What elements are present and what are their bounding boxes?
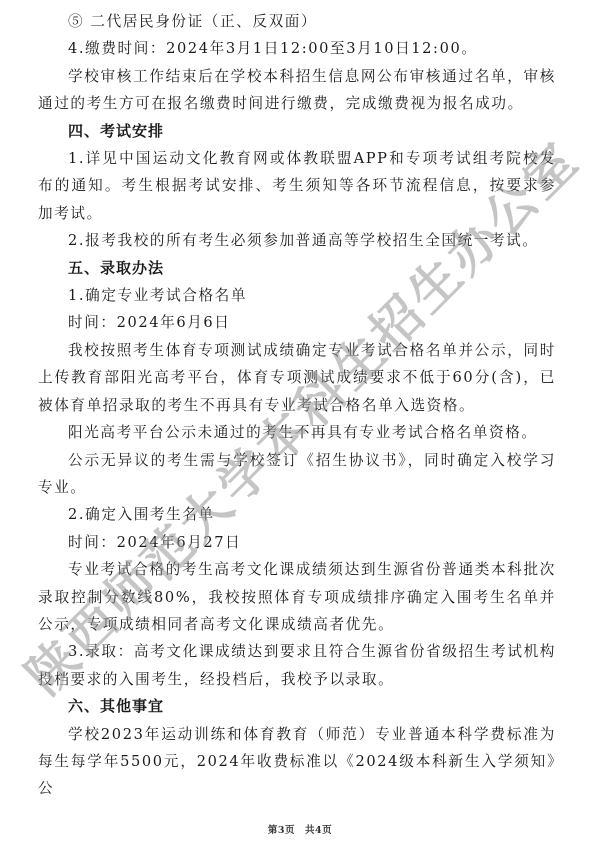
page-number-current: 第3页: [268, 825, 295, 836]
section-heading-admission-method: 五、录取办法: [38, 255, 556, 282]
paragraph-qualified-list-title: 1.确定专业考试合格名单: [38, 282, 556, 309]
document-page: ⑤ 二代居民身份证（正、反双面） 4.缴费时间：2024年3月1日12:00至3…: [0, 0, 600, 858]
paragraph-shortlist-rules: 专业考试合格的考生高考文化课成绩须达到生源省份普通类本科批次录取控制分数线80%…: [38, 556, 556, 638]
paragraph-admission: 3.录取：高考文化课成绩达到要求且符合生源省份省级招生考试机构投档要求的入围考生…: [38, 638, 556, 693]
paragraph-exam-notice: 1.详见中国运动文化教育网或体教联盟APP和专项考试组考院校发布的通知。考生根据…: [38, 145, 556, 227]
paragraph-payment-time: 4.缴费时间：2024年3月1日12:00至3月10日12:00。: [38, 35, 556, 62]
page-footer: 第3页共4页: [0, 822, 600, 836]
paragraph-national-exam: 2.报考我校的所有考生必须参加普通高等学校招生全国统一考试。: [38, 227, 556, 254]
section-heading-other-matters: 六、其他事宜: [38, 693, 556, 720]
paragraph-id-card: ⑤ 二代居民身份证（正、反双面）: [38, 8, 556, 35]
paragraph-shortlist-title: 2.确定入围考生名单: [38, 501, 556, 528]
paragraph-agreement: 公示无异议的考生需与学校签订《招生协议书》，同时确定入校学习专业。: [38, 447, 556, 502]
paragraph-qualified-list-date: 时间：2024年6月6日: [38, 309, 556, 336]
paragraph-review-notice: 学校审核工作结束后在学校本科招生信息网公布审核通过名单，审核通过的考生方可在报名…: [38, 63, 556, 118]
section-heading-exam-arrangement: 四、考试安排: [38, 118, 556, 145]
paragraph-tuition: 学校2023年运动训练和体育教育（师范）专业普通本科学费标准为每生每学年5500…: [38, 721, 556, 803]
paragraph-qualified-list-rules: 我校按照考生体育专项测试成绩确定专业考试合格名单并公示，同时上传教育部阳光高考平…: [38, 337, 556, 419]
paragraph-sunshine-platform: 阳光高考平台公示未通过的考生不再具有专业考试合格名单资格。: [38, 419, 556, 446]
page-number-total: 共4页: [305, 825, 332, 836]
document-body: ⑤ 二代居民身份证（正、反双面） 4.缴费时间：2024年3月1日12:00至3…: [38, 8, 556, 803]
paragraph-shortlist-date: 时间：2024年6月27日: [38, 529, 556, 556]
